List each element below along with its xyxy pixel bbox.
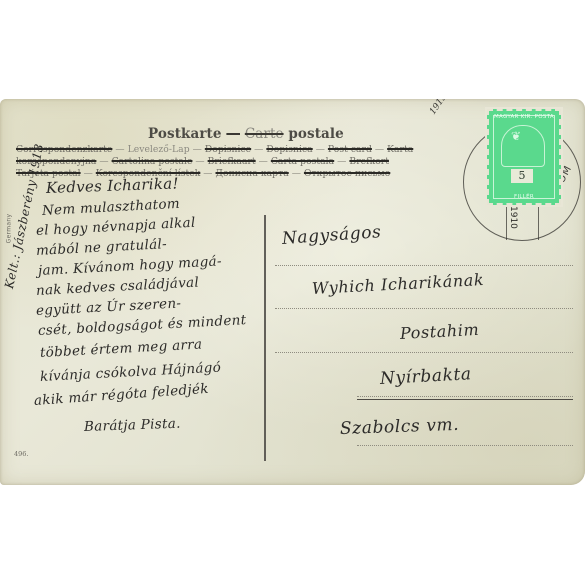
- struck-language-label: Dopisnice: [205, 144, 251, 155]
- message-line: többet értem meg arra: [40, 337, 203, 361]
- postage-stamp: MAGYAR KIR. POSTA ❦ 5 FILLÉR: [487, 109, 561, 205]
- postmark-date: 1910: [508, 206, 518, 229]
- title-secondary: postale: [288, 126, 343, 142]
- struck-language-label: Dopisnica: [266, 144, 312, 155]
- language-label: —: [200, 168, 215, 179]
- language-label: —: [112, 144, 127, 155]
- struck-language-label: Cartolina postale: [112, 156, 193, 167]
- language-label: —: [190, 144, 205, 155]
- language-label: —: [256, 156, 271, 167]
- stamp-currency: FILLÉR: [489, 194, 559, 200]
- scan-background: Postkarte — Carte postale Correspondenzk…: [0, 0, 585, 585]
- language-label: —: [192, 156, 207, 167]
- language-label: —: [289, 168, 304, 179]
- language-label: Levelező-Lap: [128, 144, 190, 155]
- center-divider: [264, 215, 266, 461]
- turul-bird-icon: ❦: [511, 129, 521, 143]
- stamp-country: MAGYAR KIR. POSTA: [489, 114, 559, 120]
- print-number: 496.: [14, 450, 28, 458]
- language-label: —: [334, 156, 349, 167]
- message-line: el hogy névnapja alkal: [36, 215, 196, 239]
- language-label: —: [372, 144, 387, 155]
- struck-language-label: Дописна карта: [216, 168, 289, 179]
- language-label: —: [251, 144, 266, 155]
- address-line-underline: [357, 399, 573, 400]
- postcard: Postkarte — Carte postale Correspondenzk…: [0, 99, 585, 485]
- language-label: —: [313, 144, 328, 155]
- language-line-2: korespondenyjna — Cartolina postale — Br…: [16, 156, 389, 167]
- stamp-value: 5: [511, 169, 533, 183]
- address-line-text: Wyhich Icharikának: [312, 270, 485, 298]
- address-line: [275, 352, 573, 353]
- struck-language-label: Karta: [387, 144, 413, 155]
- message-line: mából ne gratulál-: [36, 236, 168, 259]
- message-line: akik már régóta feledjék: [33, 381, 209, 409]
- pencil-note: 1913/18: [428, 99, 458, 117]
- message-line: Kedves Icharika!: [46, 174, 179, 197]
- struck-language-label: Открытое письмо: [304, 168, 390, 179]
- postcard-title: Postkarte — Carte postale: [148, 126, 344, 142]
- title-separator: —: [226, 126, 240, 142]
- title-struck: Carte: [245, 126, 284, 142]
- struck-language-label: Carta postala: [271, 156, 334, 167]
- address-line-text: Szabolcs vm.: [340, 415, 460, 439]
- language-label: —: [96, 156, 111, 167]
- title-primary: Postkarte: [148, 126, 222, 142]
- address-line-text: Postahim: [400, 320, 480, 343]
- address-line: [275, 308, 573, 309]
- address-line: [357, 396, 573, 397]
- address-line-text: Nagyságos: [281, 222, 382, 249]
- struck-language-label: Brefkort: [349, 156, 389, 167]
- message-line: Barátja Pista.: [84, 416, 181, 435]
- address-line: [357, 445, 573, 446]
- address-line: [275, 265, 573, 266]
- address-line-text: Nyírbakta: [379, 364, 472, 389]
- stamp-arch-ornament: [501, 125, 545, 167]
- message-line: együtt az Úr szeren-: [36, 295, 182, 319]
- language-line-1: Correspondenzkarte — Levelező-Lap — Dopi…: [16, 144, 413, 155]
- struck-language-label: Briefkaart: [208, 156, 256, 167]
- struck-language-label: Post card: [328, 144, 372, 155]
